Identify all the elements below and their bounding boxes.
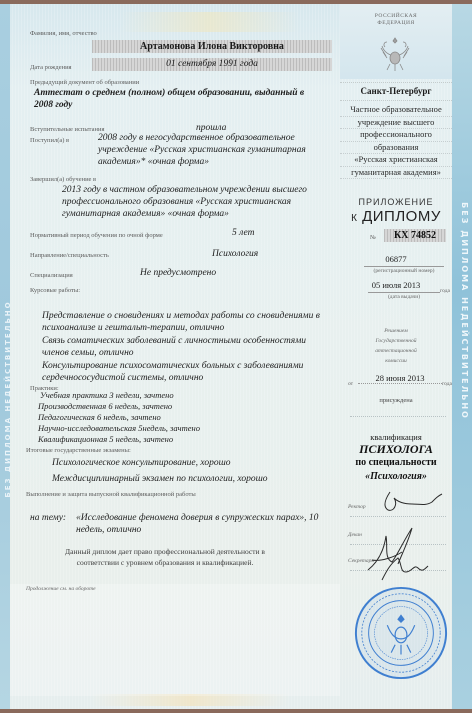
title-diploma: К ДИПЛОМУ: [340, 208, 452, 225]
country-name: РОССИЙСКАЯ ФЕДЕРАЦИЯ: [340, 13, 452, 27]
coursework-label: Курсовые работы:: [30, 287, 80, 294]
rector-label: Ректор: [348, 504, 366, 510]
qualification-value: ПСИХОЛОГА: [340, 442, 452, 457]
date-of-birth: 01 сентября 1991 года: [92, 58, 332, 71]
decision-line: аттестационной: [340, 346, 452, 356]
divider: [340, 100, 452, 101]
title-k: К: [351, 213, 357, 224]
country-line-2: ФЕДЕРАЦИЯ: [340, 20, 452, 27]
institution-name: Частное образовательное учреждение высше…: [340, 104, 452, 179]
issue-date: 05 июля 2013: [340, 280, 452, 290]
continued-note: Продолжение см. на обороте: [26, 586, 96, 592]
decision-line: комиссии: [340, 356, 452, 366]
issue-date-suffix: года: [440, 288, 450, 294]
finished-value: 2013 году в частном образовательном учре…: [62, 184, 324, 220]
exam-item: Психологическое консультирование, хорошо: [52, 457, 231, 469]
signature-line: [350, 516, 446, 517]
diploma-number: КХ 74852: [384, 229, 446, 242]
country-line-1: РОССИЙСКАЯ: [340, 13, 452, 20]
specialty-value: «Психология»: [340, 471, 452, 482]
exam-item: Междисциплинарный экзамен по психологии,…: [52, 473, 268, 485]
left-security-strip: БЕЗ ДИПЛОМА НЕДЕЙСТВИТЕЛЬНО: [0, 4, 10, 709]
institution-line: Частное образовательное: [340, 104, 452, 117]
awarded-label: присуждена: [340, 397, 452, 404]
right-column: РОССИЙСКАЯ ФЕДЕРАЦИЯ Санкт-Петербург Час…: [340, 4, 452, 709]
finished-label: Завершил(а) обучение в: [30, 176, 96, 183]
practice-item: Квалификационная 5 недель, зачтено: [38, 434, 173, 445]
practice-item: Педагогическая 6 недель, зачтено: [38, 412, 161, 423]
practice-item: Производственная 6 недель, зачтено: [38, 401, 172, 412]
from-label: от: [348, 381, 353, 387]
prev-doc-label: Предыдущий документ об образовании: [30, 79, 139, 86]
title-supplement: ПРИЛОЖЕНИЕ: [340, 197, 452, 207]
entrance-label: Вступительные испытания: [30, 126, 104, 133]
continuation-area: [10, 584, 340, 696]
admitted-value: 2008 году в негосударственное образовате…: [98, 132, 318, 168]
period-value: 5 лет: [232, 227, 254, 239]
double-headed-eagle-icon: [378, 34, 412, 74]
specialization-value: Не предусмотрено: [140, 267, 216, 279]
practice-item: Учебная практика 3 недели, зачтено: [40, 390, 174, 401]
institution-line: «Русская христианская: [340, 154, 452, 167]
decision-line: Решением: [340, 326, 452, 336]
institution-line: профессионального: [340, 129, 452, 142]
period-label: Нормативный период обучения по очной фор…: [30, 232, 163, 239]
fio-label: Фамилия, имя, отчество: [30, 30, 97, 37]
full-name: Артамонова Илона Викторовна: [92, 40, 332, 53]
city: Санкт-Петербург: [340, 86, 452, 96]
institution-seal-icon: [352, 584, 450, 682]
divider: [350, 416, 446, 417]
specialty-label: по специальности: [340, 457, 452, 468]
right-strip-text: БЕЗ ДИПЛОМА НЕДЕЙСТВИТЕЛЬНО: [455, 166, 469, 456]
left-strip-text: БЕЗ ДИПЛОМА НЕДЕЙСТВИТЕЛЬНО: [4, 254, 14, 544]
diploma-supplement-page: БЕЗ ДИПЛОМА НЕДЕЙСТВИТЕЛЬНО Фамилия, имя…: [0, 4, 472, 709]
direction-label: Направление/специальность: [30, 252, 109, 259]
thesis-value: «Исследование феномена доверия в супруже…: [76, 512, 332, 536]
coursework-item: Связь соматических заболеваний с личност…: [42, 335, 332, 359]
registration-number: 06877: [340, 254, 452, 264]
coursework-item: Представление о сновидениях и методах ра…: [42, 310, 332, 334]
rector-signature-icon: [370, 488, 450, 516]
decision-date: 28 июня 2013: [358, 373, 442, 384]
direction-value: Психология: [212, 248, 258, 260]
divider: [340, 82, 452, 83]
qualification-label: квалификация: [340, 432, 452, 442]
decorative-tint: [120, 12, 300, 32]
thesis-label: Выполнение и защита выпускной квалификац…: [26, 491, 196, 498]
institution-line: образования: [340, 142, 452, 155]
fio-field: Артамонова Илона Викторовна: [92, 40, 332, 53]
issue-date-label: (дата выдачи): [368, 292, 440, 300]
right-security-strip: БЕЗ ДИПЛОМА НЕДЕЙСТВИТЕЛЬНО: [452, 4, 472, 709]
prev-doc-value: Аттестат о среднем (полном) общем образо…: [34, 87, 324, 111]
decision-text: Решением Государственной аттестационной …: [340, 326, 452, 366]
title-diploma-word: ДИПЛОМУ: [362, 208, 441, 225]
registration-number-label: (регистрационный номер): [364, 266, 444, 274]
dob-label: Дата рождения: [30, 64, 72, 71]
decision-line: Государственной: [340, 336, 452, 346]
dean-label: Декан: [348, 532, 362, 538]
dean-signature-icon: [362, 520, 442, 582]
admitted-label: Поступил(а) в: [30, 137, 69, 144]
dob-field: 01 сентября 1991 года: [92, 58, 332, 71]
specialization-label: Специализация: [30, 272, 73, 279]
exams-label: Итоговые государственные экзамены:: [26, 447, 131, 454]
institution-line: учреждение высшего: [340, 117, 452, 130]
practice-item: Научно-исследовательская 5недель, зачтен…: [38, 423, 200, 434]
coursework-item: Консультирование психосоматических больн…: [42, 360, 332, 384]
thesis-prefix: на тему:: [30, 512, 66, 524]
rights-statement: Данный диплом дает право профессионально…: [50, 546, 280, 568]
institution-line: гуманитарная академия»: [340, 167, 452, 180]
number-sign: №: [370, 235, 376, 241]
decision-year-suffix: года: [442, 381, 452, 387]
